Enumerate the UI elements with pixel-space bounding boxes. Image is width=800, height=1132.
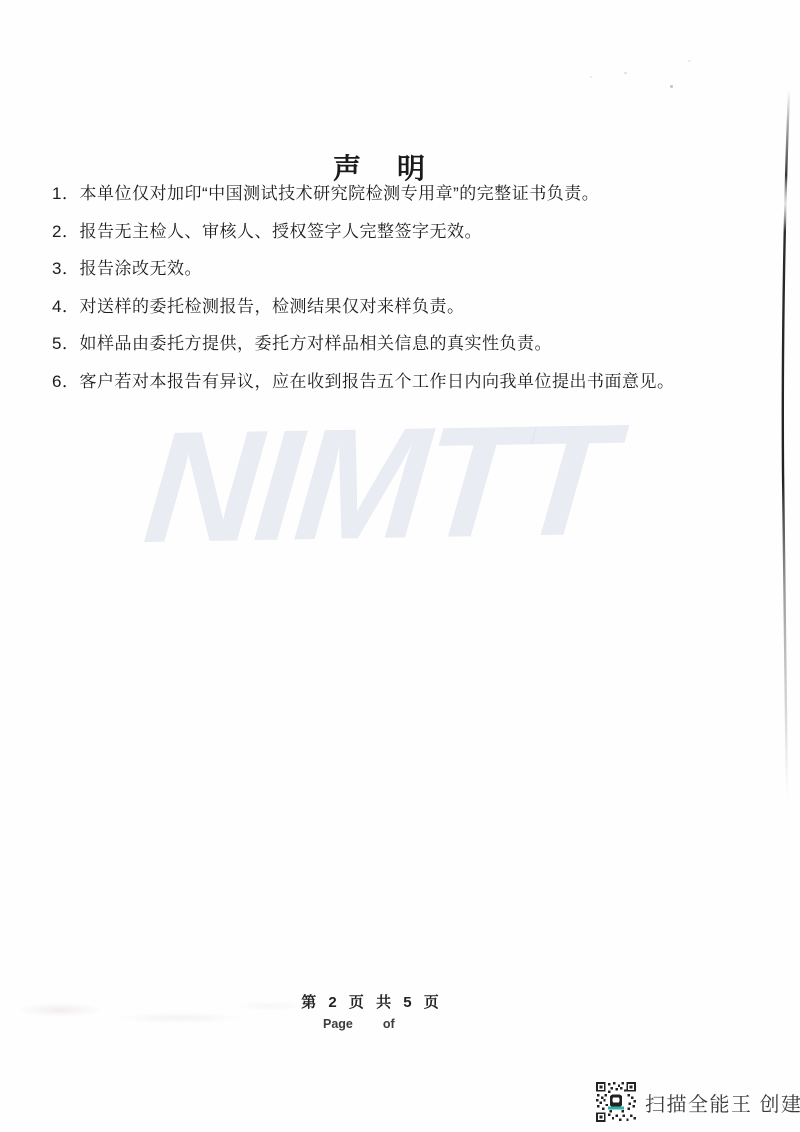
statement-number: 2． [52,221,79,243]
statement-text: 如样品由委托方提供，委托方对样品相关信息的真实性负责。 [79,334,552,353]
statement-number: 5． [52,333,79,355]
scanned-report-page: 声 明 1．本单位仅对加印“中国测试技术研究院检测专用章”的完整证书负责。 2．… [0,0,800,1132]
scanner-app-label: 扫描全能王 创建 [645,1088,800,1117]
scan-noise-speck [590,76,592,78]
of-label: of [383,1017,395,1031]
scanner-credit: 扫描全能王 创建 [596,1082,800,1122]
statement-item: 6．客户若对本报告有异议，应在收到报告五个工作日内向我单位提出书面意见。 [52,371,780,393]
statement-number: 4． [52,296,79,318]
nimtt-watermark: NIMTT [138,390,617,579]
statement-item: 2．报告无主检人、审核人、授权签字人完整签字无效。 [52,221,780,243]
scan-noise-speck [624,72,627,74]
scan-noise-speck [670,85,673,88]
statement-item: 1．本单位仅对加印“中国测试技术研究院检测专用章”的完整证书负责。 [52,183,780,205]
statement-number: 3． [52,258,79,280]
statement-number: 6． [52,371,79,393]
page-indicator-en: Pageof [323,1017,395,1031]
statement-text: 本单位仅对加印“中国测试技术研究院检测专用章”的完整证书负责。 [79,184,599,203]
statement-item: 4．对送样的委托检测报告，检测结果仅对来样负责。 [52,296,780,318]
statement-text: 报告涂改无效。 [79,259,202,278]
statement-list: 1．本单位仅对加印“中国测试技术研究院检测专用章”的完整证书负责。 2．报告无主… [52,183,780,408]
statement-text: 对送样的委托检测报告，检测结果仅对来样负责。 [79,297,464,316]
page-label: Page [323,1017,353,1031]
statement-number: 1． [52,183,79,205]
page-title: 声 明 [0,147,762,187]
statement-item: 3．报告涂改无效。 [52,258,780,280]
qr-code-icon [596,1082,636,1122]
scan-noise-speck [688,60,691,62]
page-indicator-cn: 第 2 页 共 5 页 [0,991,744,1012]
statement-item: 5．如样品由委托方提供，委托方对样品相关信息的真实性负责。 [52,333,780,355]
statement-text: 客户若对本报告有异议，应在收到报告五个工作日内向我单位提出书面意见。 [79,372,674,391]
statement-text: 报告无主检人、审核人、授权签字人完整签字无效。 [79,222,482,241]
